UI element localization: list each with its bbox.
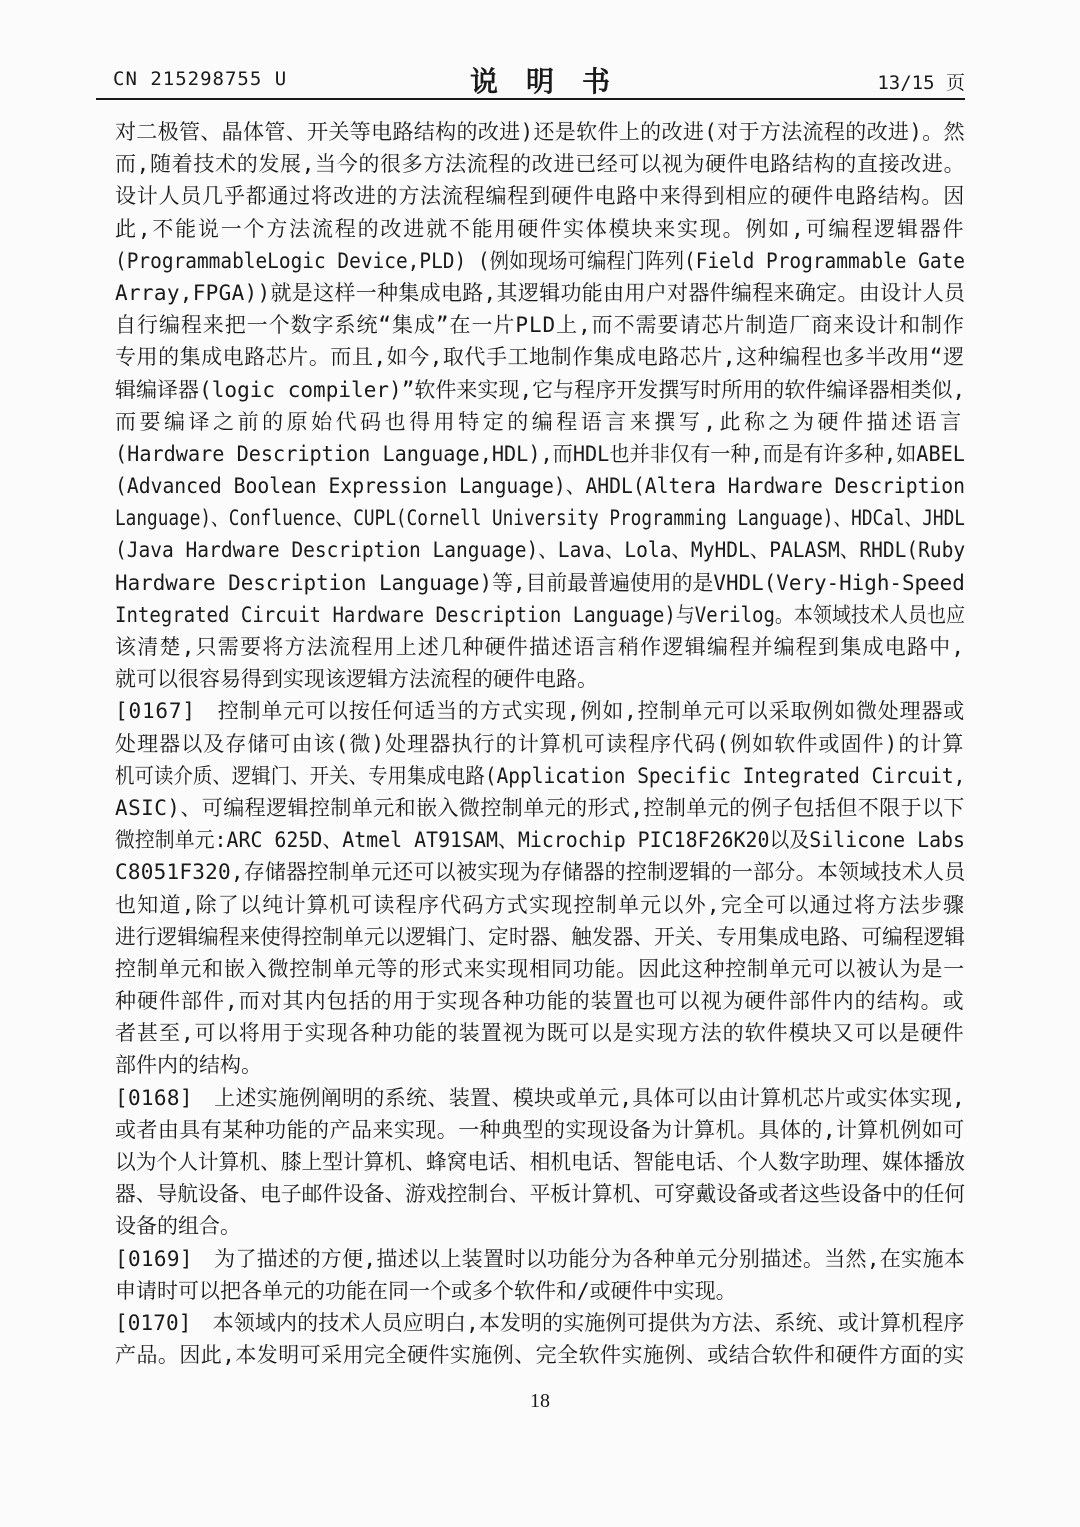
text-line: 或者由具有某种功能的产品来实现。一种典型的实现设备为计算机。具体的,计算机例如可 — [115, 1114, 965, 1146]
text-line: (Advanced Boolean Expression Language)、A… — [115, 470, 965, 502]
text-line: Hardware Description Language)等,目前最普遍使用的… — [115, 567, 965, 599]
text-line: (ProgrammableLogic Device,PLD) (例如现场可编程门… — [115, 245, 965, 277]
text-line: 设备的组合。 — [115, 1210, 965, 1242]
header-divider-line — [96, 98, 965, 100]
text-line: 辑编译器(logic compiler)”软件来实现,它与程序开发撰写时所用的软… — [115, 374, 965, 406]
text-line: 此,不能说一个方法流程的改进就不能用硬件实体模块来实现。例如,可编程逻辑器件 — [115, 213, 965, 245]
text-line: 者甚至,可以将用于实现各种功能的装置视为既可以是实现方法的软件模块又可以是硬件 — [115, 1017, 965, 1049]
text-line: 种硬件部件,而对其内包括的用于实现各种功能的装置也可以视为硬件部件内的结构。或 — [115, 985, 965, 1017]
text-line: 以为个人计算机、膝上型计算机、蜂窝电话、相机电话、智能电话、个人数字助理、媒体播… — [115, 1146, 965, 1178]
text-line: 产品。因此,本发明可采用完全硬件实施例、完全软件实施例、或结合软件和硬件方面的实 — [115, 1339, 965, 1371]
text-line: 处理器以及存储可由该(微)处理器执行的计算机可读程序代码(例如软件或固件)的计算 — [115, 728, 965, 760]
text-line: [0169] 为了描述的方便,描述以上装置时以功能分为各种单元分别描述。当然,在… — [115, 1243, 965, 1275]
text-line: (Java Hardware Description Language)、Lav… — [115, 534, 965, 566]
text-line: [0170] 本领域内的技术人员应明白,本发明的实施例可提供为方法、系统、或计算… — [115, 1307, 965, 1339]
page-number: 18 — [530, 1390, 550, 1412]
text-line: 专用的集成电路芯片。而且,如今,取代手工地制作集成电路芯片,这种编程也多半改用“… — [115, 341, 965, 373]
text-line: [0168] 上述实施例阐明的系统、装置、模块或单元,具体可以由计算机芯片或实体… — [115, 1082, 965, 1114]
text-line: 设计人员几乎都通过将改进的方法流程编程到硬件电路中来得到相应的硬件电路结构。因 — [115, 180, 965, 212]
page-indicator: 13/15 页 — [877, 68, 965, 95]
text-line: Language)、Confluence、CUPL(Cornell Univer… — [115, 502, 965, 534]
text-line: 而要编译之前的原始代码也得用特定的编程语言来撰写,此称之为硬件描述语言 — [115, 406, 965, 438]
specification-body-text: 对二极管、晶体管、开关等电路结构的改进)还是软件上的改进(对于方法流程的改进)。… — [115, 116, 965, 1371]
text-line: 申请时可以把各单元的功能在同一个或多个软件和/或硬件中实现。 — [115, 1275, 965, 1307]
text-line: ASIC)、可编程逻辑控制单元和嵌入微控制单元的形式,控制单元的例子包括但不限于… — [115, 792, 965, 824]
text-line: 也知道,除了以纯计算机可读程序代码方式实现控制单元以外,完全可以通过将方法步骤 — [115, 889, 965, 921]
text-line: 自行编程来把一个数字系统“集成”在一片PLD上,而不需要请芯片制造厂商来设计和制… — [115, 309, 965, 341]
text-line: 该清楚,只需要将方法流程用上述几种硬件描述语言稍作逻辑编程并编程到集成电路中, — [115, 631, 965, 663]
text-line: 机可读介质、逻辑门、开关、专用集成电路(Application Specific… — [115, 760, 965, 792]
text-line: 而,随着技术的发展,当今的很多方法流程的改进已经可以视为硬件电路结构的直接改进。 — [115, 148, 965, 180]
page-footer: 18 — [0, 1390, 1080, 1413]
text-line: 部件内的结构。 — [115, 1049, 965, 1081]
document-title: 说 明 书 — [115, 60, 965, 100]
text-line: 微控制单元:ARC 625D、Atmel AT91SAM、Microchip P… — [115, 824, 965, 856]
text-line: 对二极管、晶体管、开关等电路结构的改进)还是软件上的改进(对于方法流程的改进)。… — [115, 116, 965, 148]
text-line: 器、导航设备、电子邮件设备、游戏控制台、平板计算机、可穿戴设备或者这些设备中的任… — [115, 1178, 965, 1210]
text-line: C8051F320,存储器控制单元还可以被实现为存储器的控制逻辑的一部分。本领域… — [115, 856, 965, 888]
patent-specification-page: CN 215298755 U 说 明 书 13/15 页 对二极管、晶体管、开关… — [0, 0, 1080, 1527]
text-line: Array,FPGA))就是这样一种集成电路,其逻辑功能由用户对器件编程来确定。… — [115, 277, 965, 309]
text-line: (Hardware Description Language,HDL),而HDL… — [115, 438, 965, 470]
text-line: Integrated Circuit Hardware Description … — [115, 599, 965, 631]
text-line: 就可以很容易得到实现该逻辑方法流程的硬件电路。 — [115, 663, 965, 695]
text-line: 进行逻辑编程来使得控制单元以逻辑门、定时器、触发器、开关、专用集成电路、可编程逻… — [115, 921, 965, 953]
text-line: [0167] 控制单元可以按任何适当的方式实现,例如,控制单元可以采取例如微处理… — [115, 695, 965, 727]
text-line: 控制单元和嵌入微控制单元等的形式来实现相同功能。因此这种控制单元可以被认为是一 — [115, 953, 965, 985]
page-header: CN 215298755 U 说 明 书 13/15 页 — [115, 60, 965, 96]
